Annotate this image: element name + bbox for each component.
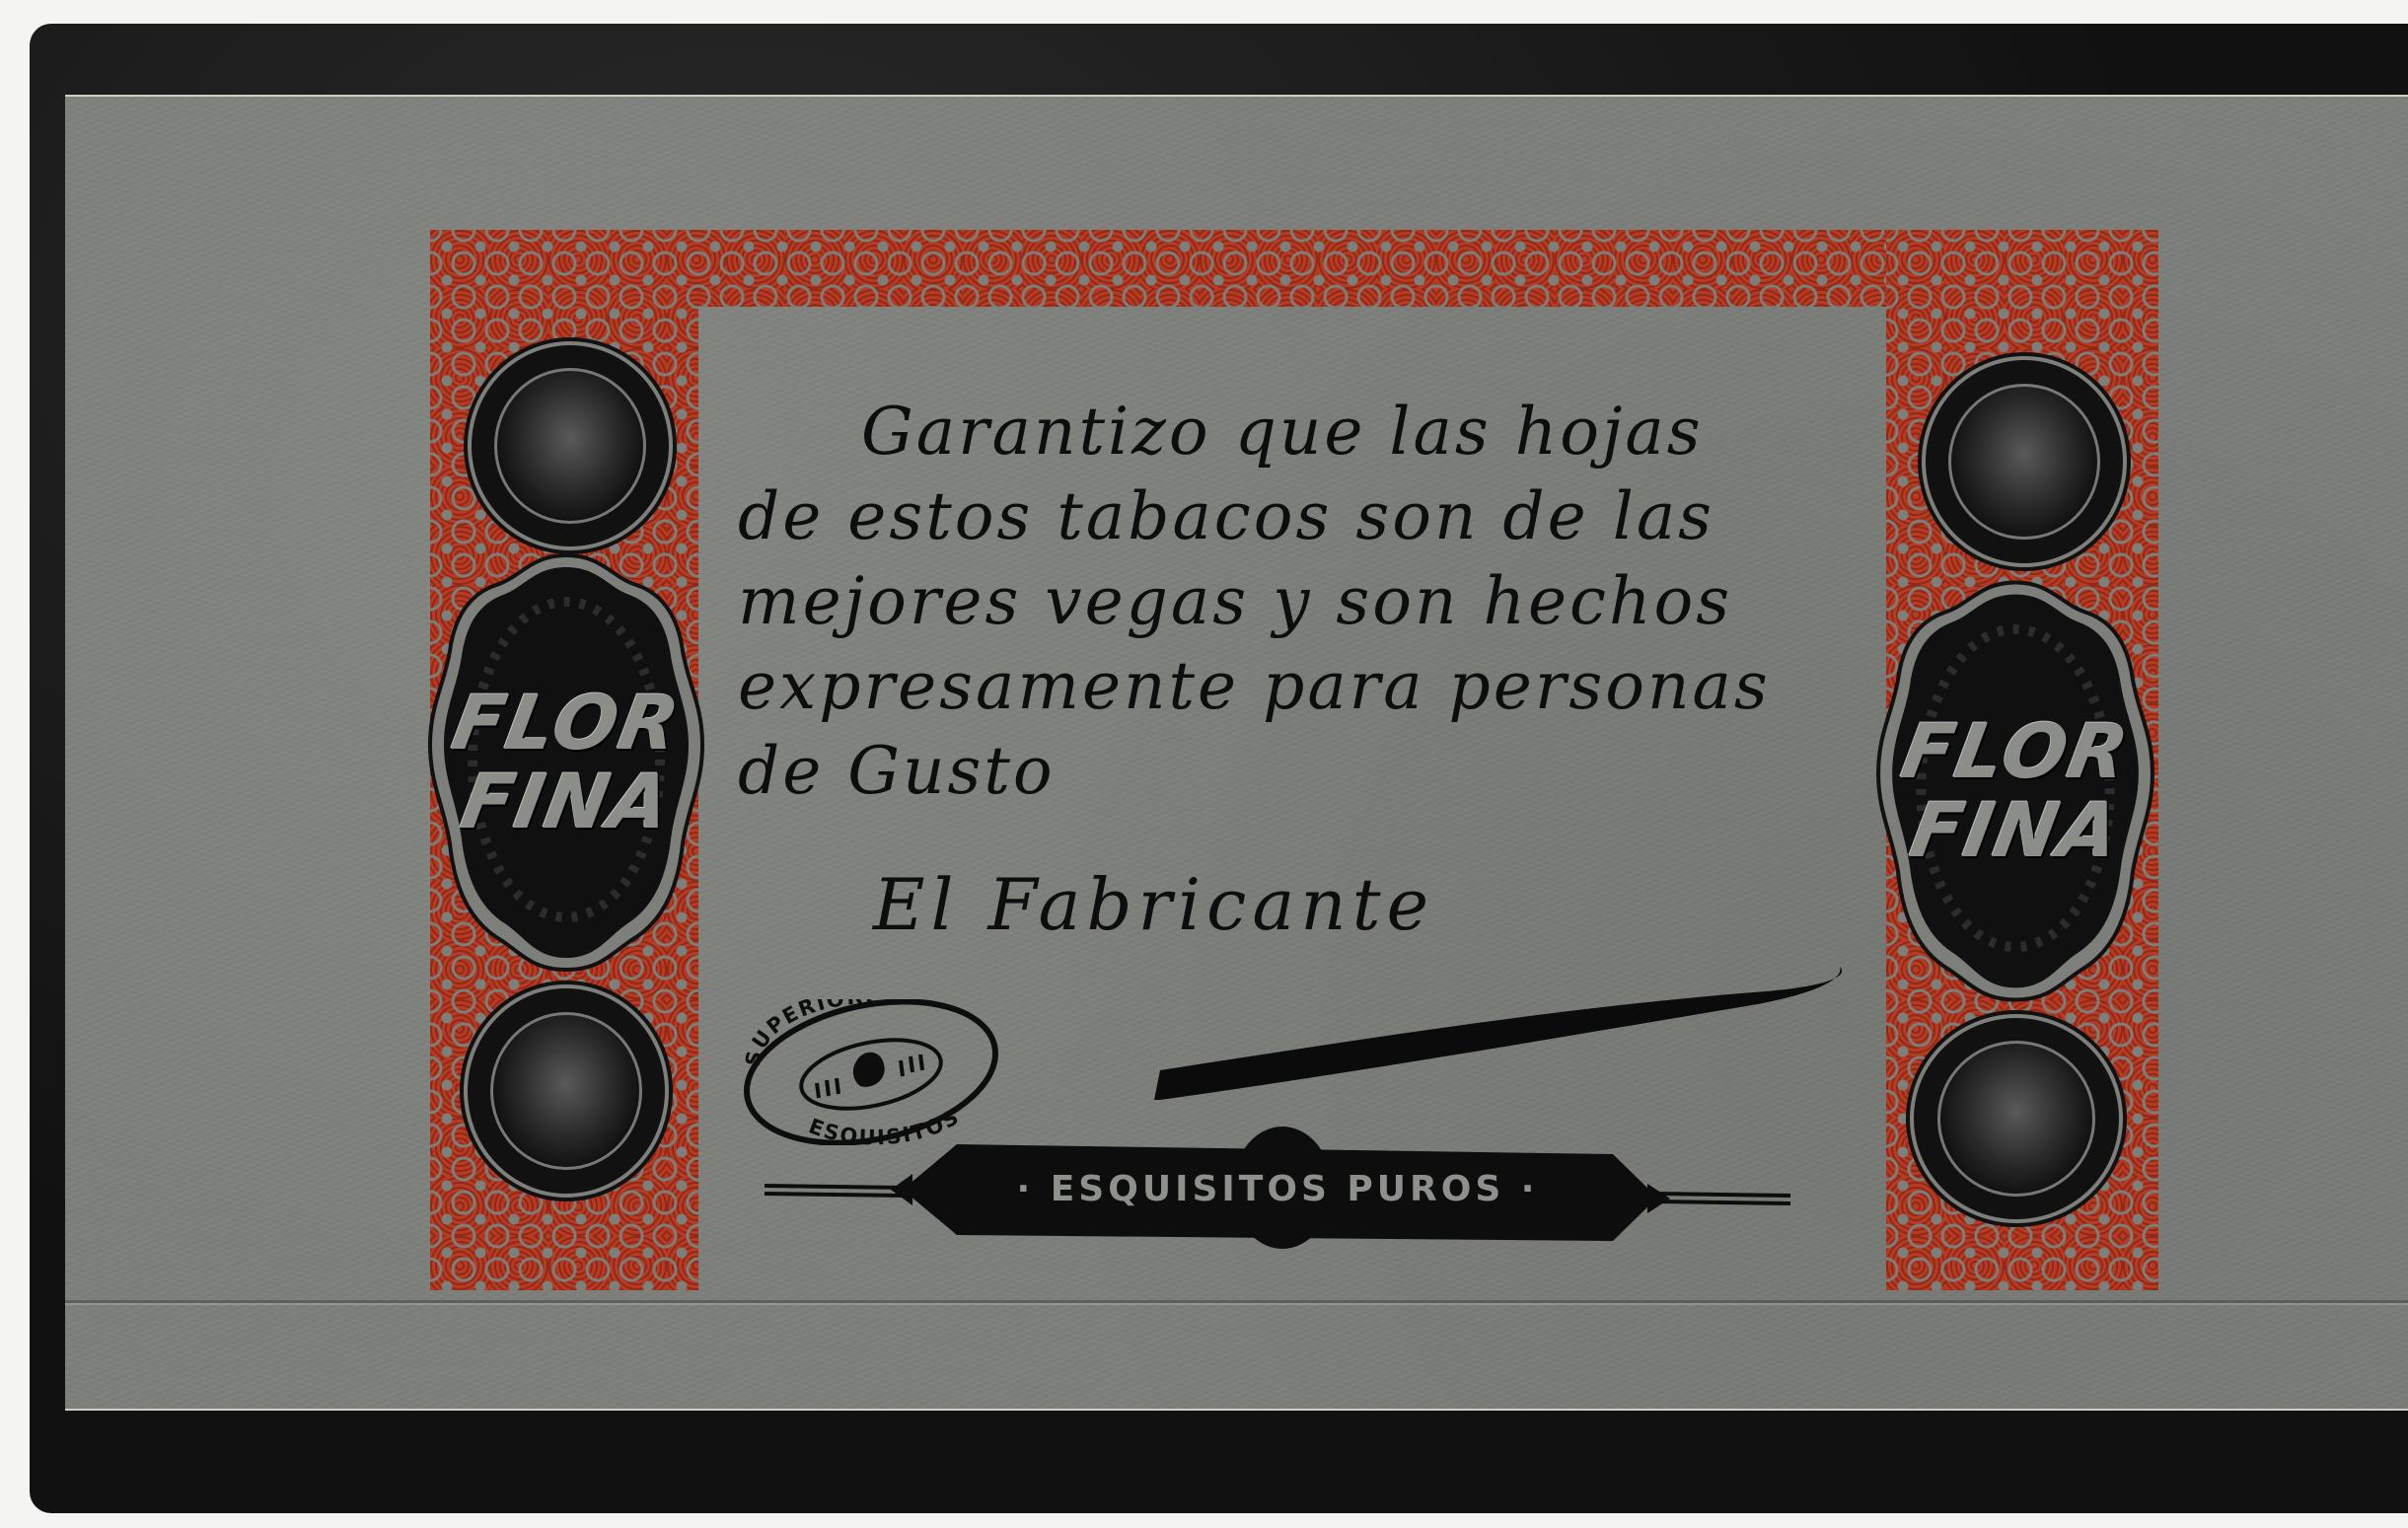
manufacturer-signature: El Fabricante xyxy=(873,863,1434,946)
brand-line1-left: FLOR xyxy=(447,684,687,763)
guarantee-line-2: de estos tabacos son de las xyxy=(738,474,1853,559)
brand-line1-right: FLOR xyxy=(1896,712,2136,791)
figures-coin-icon xyxy=(468,988,665,1194)
guarantee-line-3: mejores vegas y son hechos xyxy=(738,559,1853,644)
building-coin-icon xyxy=(1926,360,2123,563)
signature-flourish-icon xyxy=(1154,962,1855,1110)
flor-fina-medallion-right: FLOR FINA xyxy=(1872,574,2158,1008)
brand-line2-right: FINA xyxy=(1905,791,2127,870)
flor-fina-medallion-left: FLOR FINA xyxy=(424,547,708,978)
allegory-coin-icon xyxy=(1914,1018,2119,1219)
guarantee-text: Garantizo que las hojas de estos tabacos… xyxy=(738,390,1853,814)
guarantee-line-4: expresamente para personas xyxy=(738,644,1853,729)
banner-text: · ESQUISITOS PUROS · xyxy=(991,1169,1564,1209)
guarantee-line-1: Garantizo que las hojas xyxy=(738,390,1853,474)
superiores-esquisitos-stamp: SUPERIORES ESQUISITOS xyxy=(738,999,1004,1145)
guarantee-line-5: de Gusto xyxy=(738,729,1853,814)
brand-line2-left: FINA xyxy=(456,763,678,841)
portrait-coin-icon xyxy=(472,345,669,546)
paper-fold-highlight xyxy=(65,1303,2408,1305)
